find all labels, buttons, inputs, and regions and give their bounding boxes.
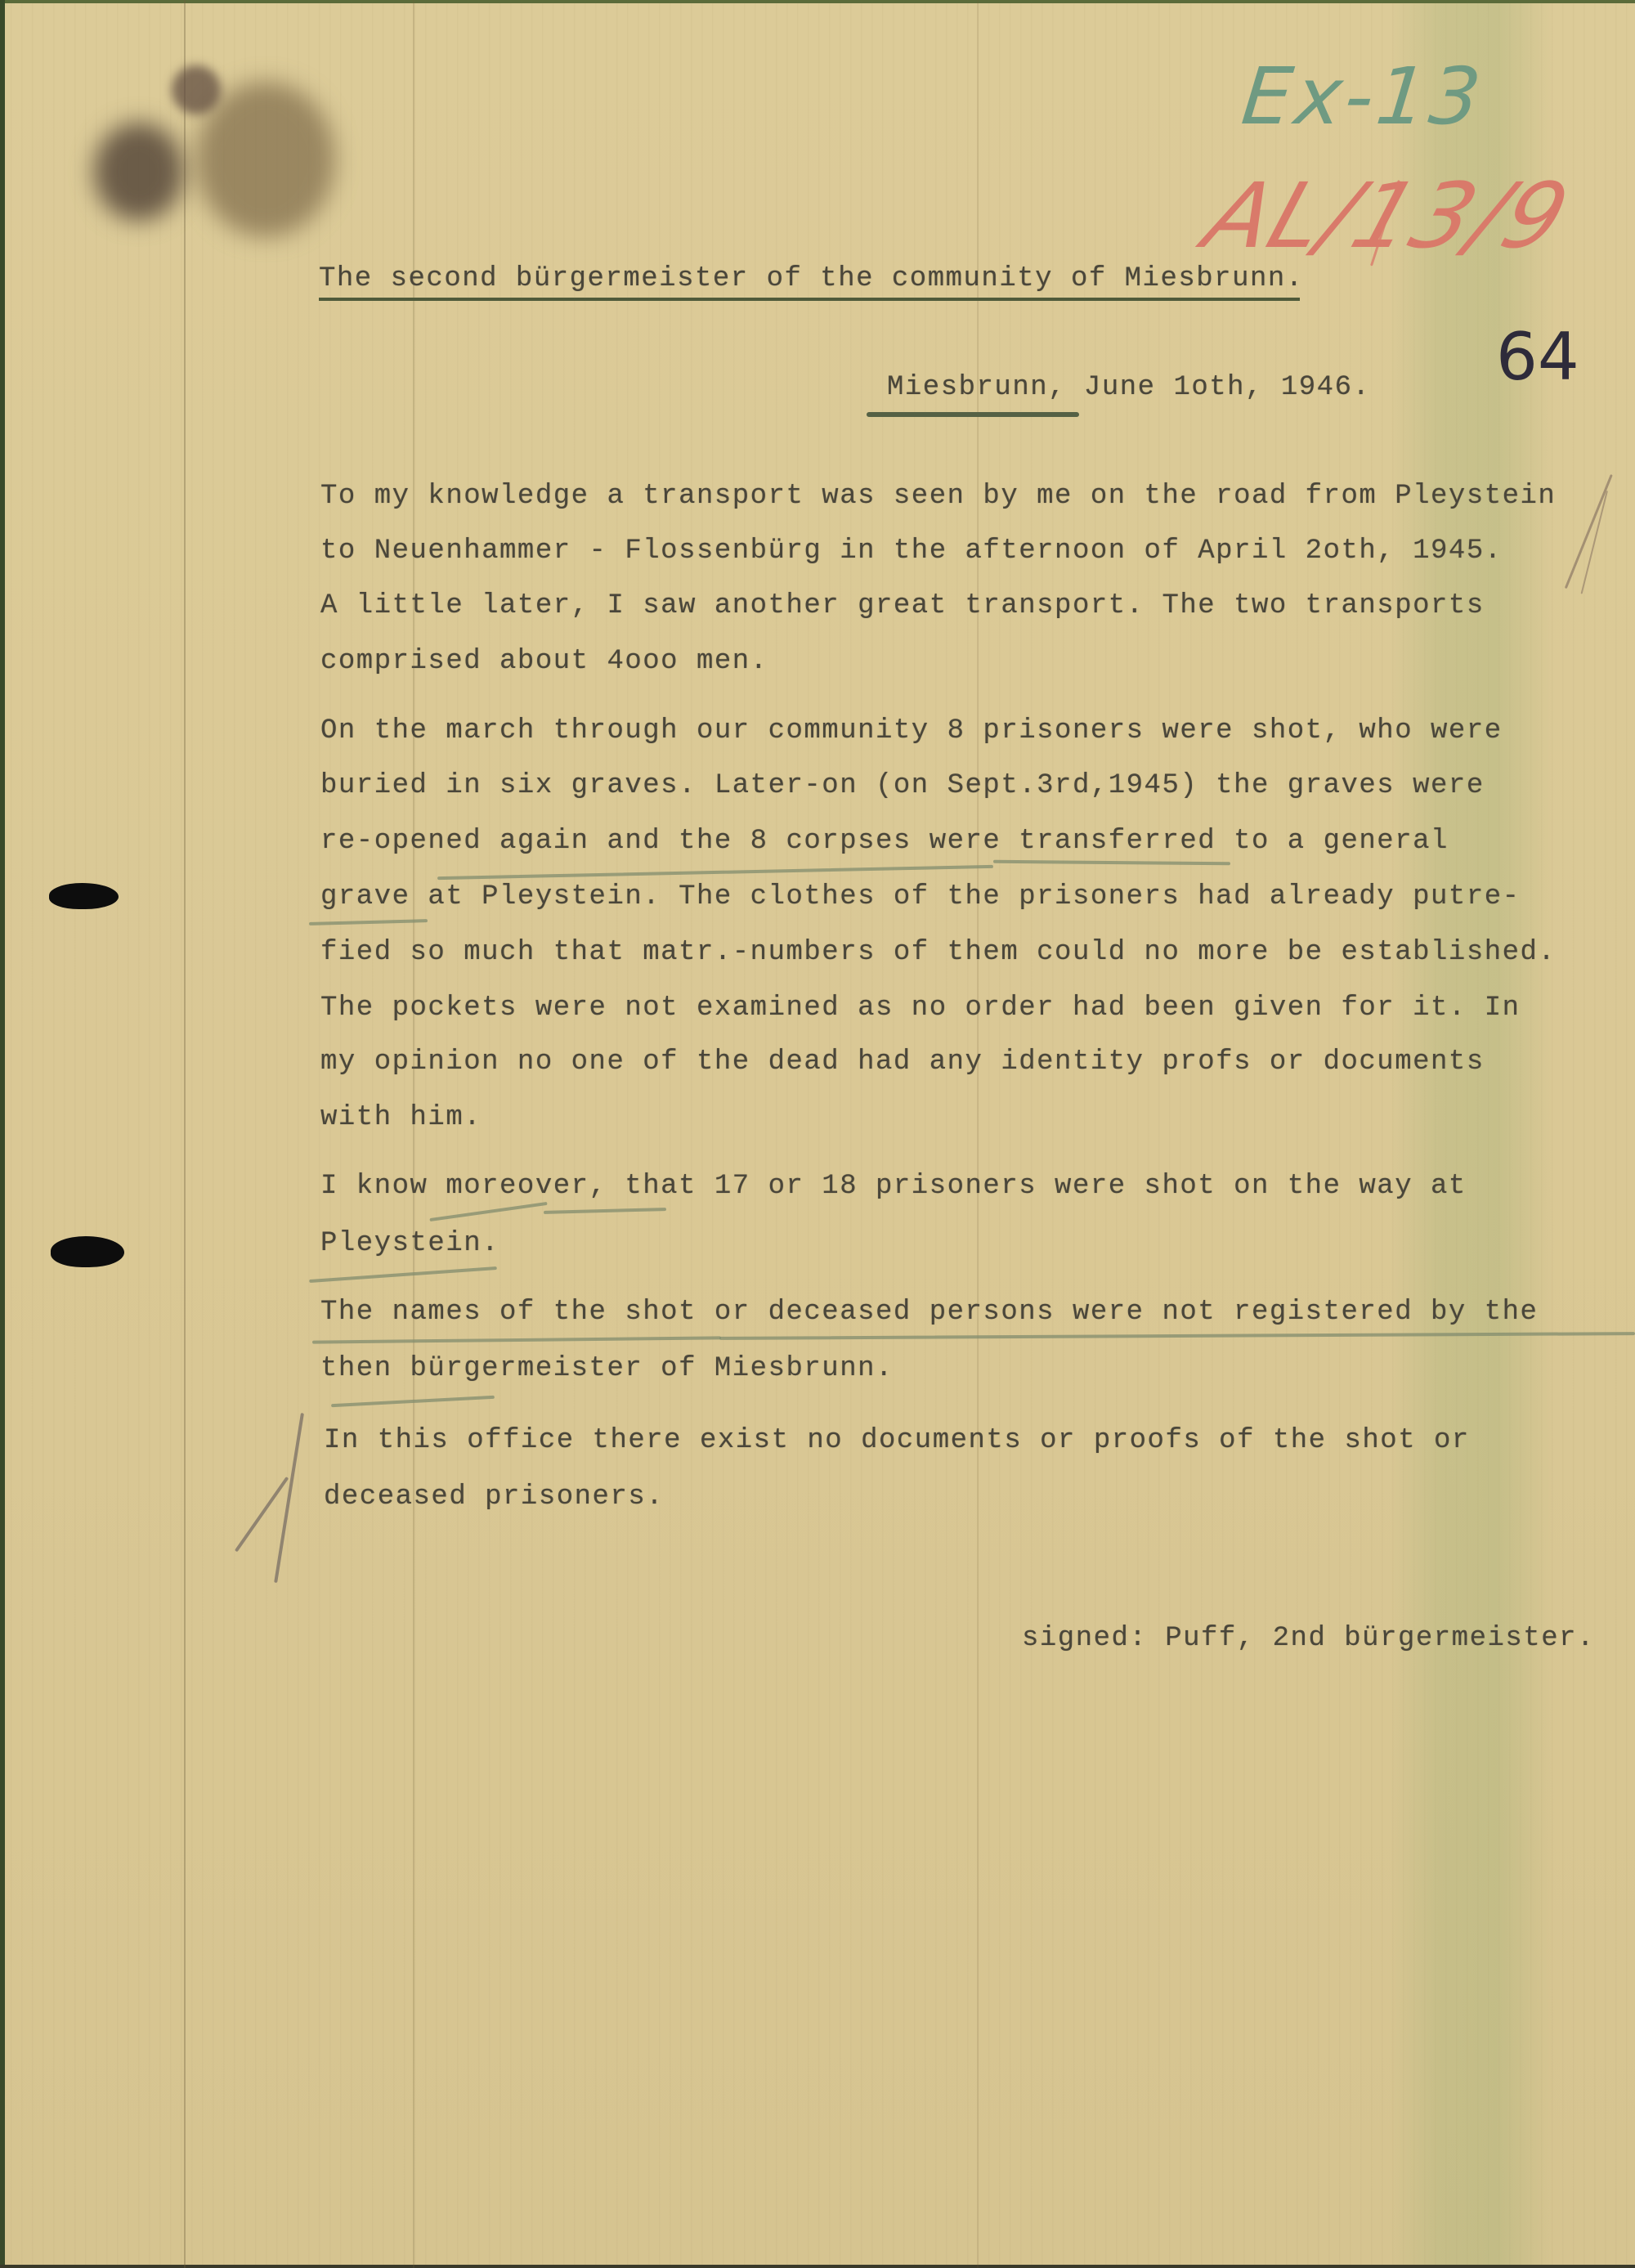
page-number: 64 — [1496, 319, 1579, 395]
ink-stain — [172, 65, 221, 114]
paragraph-2-line: re-opened again and the 8 corpses were t… — [320, 826, 1449, 857]
paragraph-2-line: On the march through our community 8 pri… — [320, 715, 1503, 746]
ink-stain — [94, 123, 184, 221]
heading-underline — [319, 298, 1300, 301]
paragraph-3-line: I know moreover, that 17 or 18 prisoners… — [320, 1171, 1467, 1202]
paragraph-5-line: deceased prisoners. — [324, 1481, 664, 1513]
exhibit-mark: Ex-13 — [1238, 51, 1488, 142]
punch-hole — [51, 1236, 124, 1267]
scan-edge-left — [0, 0, 5, 2268]
ink-stain — [196, 82, 335, 237]
paragraph-2-line: with him. — [320, 1102, 482, 1133]
paragraph-2-line: grave at Pleystein. The clothes of the p… — [320, 881, 1521, 912]
punch-hole — [49, 883, 119, 909]
scan-edge-bottom — [0, 2265, 1635, 2268]
paper-fold-line — [413, 0, 414, 2268]
scan-edge-top — [0, 0, 1635, 3]
paragraph-2-line: buried in six graves. Later-on (on Sept.… — [320, 770, 1485, 801]
paragraph-1-line: to Neuenhammer - Flossenbürg in the afte… — [320, 536, 1503, 567]
paragraph-2-line: The pockets were not examined as no orde… — [320, 993, 1521, 1024]
paragraph-1-line: To my knowledge a transport was seen by … — [320, 481, 1556, 512]
paragraph-1-line: A little later, I saw another great tran… — [320, 590, 1485, 621]
paragraph-3-line: Pleystein. — [320, 1228, 499, 1259]
document-page — [0, 0, 1635, 2268]
place-date: Miesbrunn, June 1oth, 1946. — [887, 372, 1370, 403]
paper-fold-line — [977, 0, 979, 2268]
paragraph-1-line: comprised about 4ooo men. — [320, 646, 768, 677]
paragraph-4-line: then bürgermeister of Miesbrunn. — [320, 1353, 894, 1384]
document-heading: The second bürgermeister of the communit… — [319, 263, 1304, 294]
signature-line: signed: Puff, 2nd bürgermeister. — [1022, 1623, 1595, 1654]
paragraph-4-line: The names of the shot or deceased person… — [320, 1297, 1538, 1328]
paragraph-2-line: fied so much that matr.-numbers of them … — [320, 937, 1556, 968]
date-underline — [867, 412, 1079, 417]
paragraph-2-line: my opinion no one of the dead had any id… — [320, 1047, 1485, 1078]
paper-fold-line — [184, 0, 186, 2268]
paragraph-5-line: In this office there exist no documents … — [324, 1425, 1470, 1456]
